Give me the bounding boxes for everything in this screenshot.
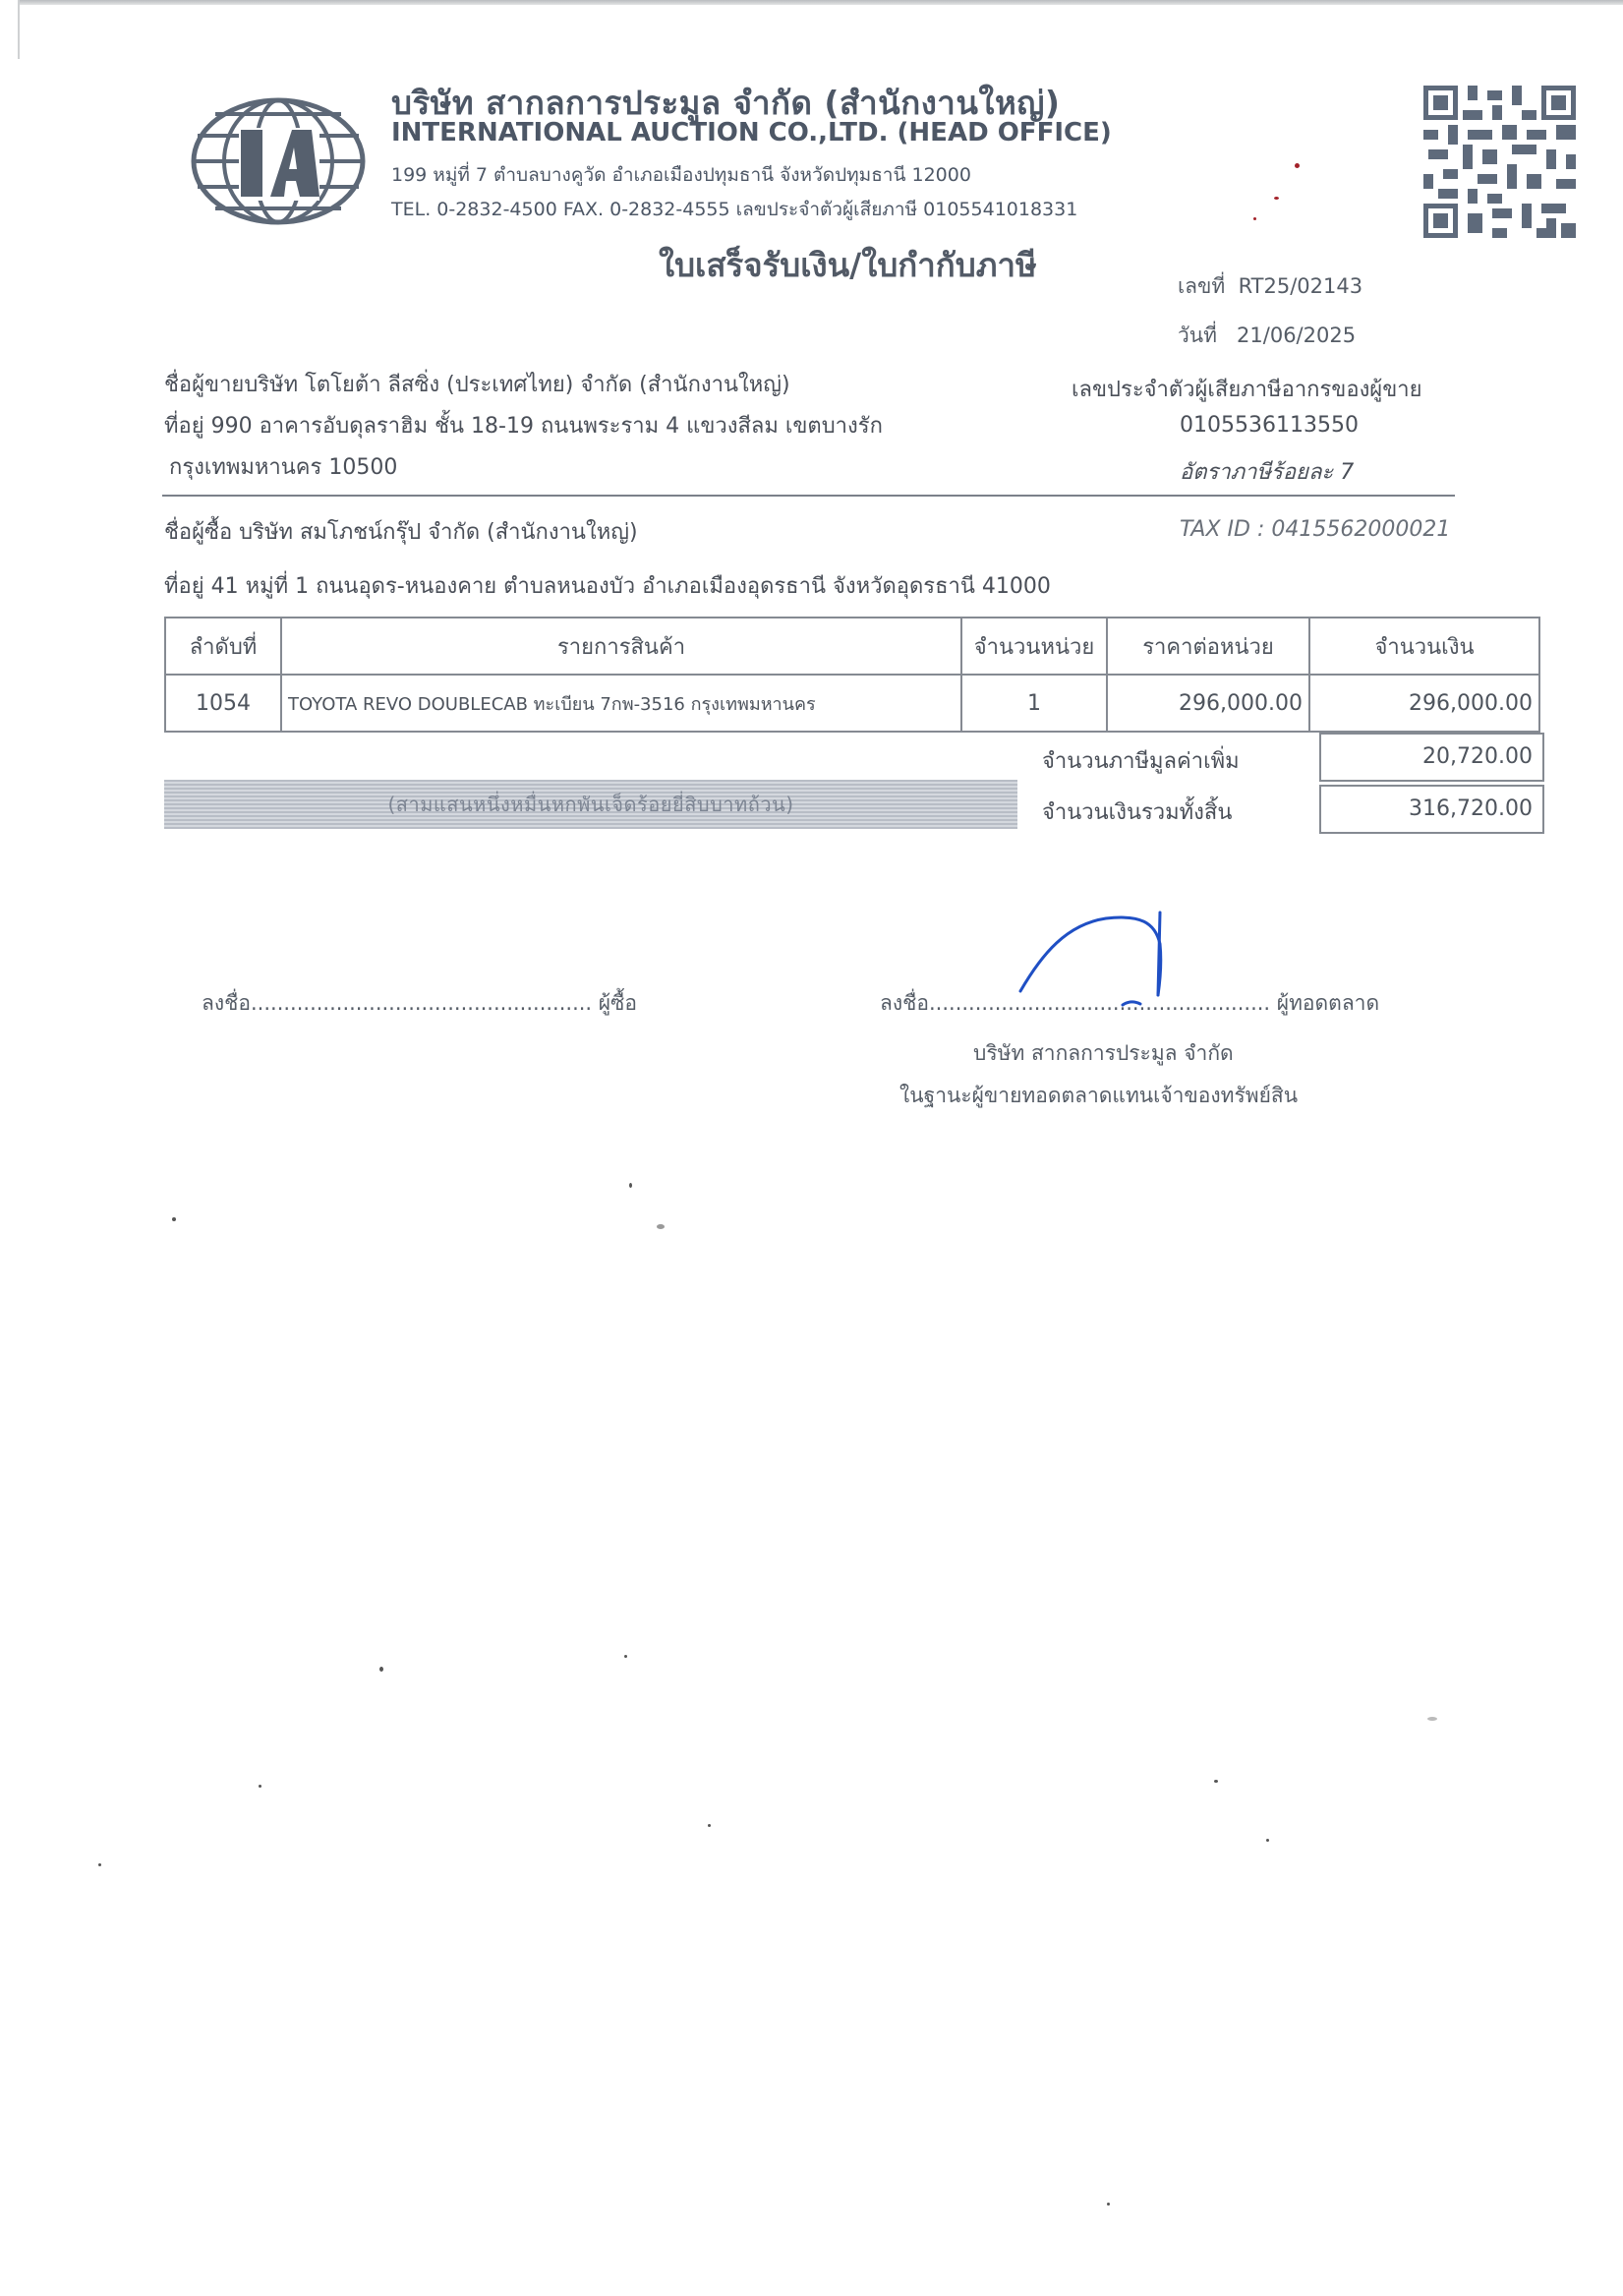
vat-amount: 20,720.00 [1319,733,1544,782]
document-title: ใบเสร็จรับเงิน/ใบกำกับภาษี [659,239,1037,291]
header-no: ลำดับที่ [165,618,281,675]
document-date: 21/06/2025 [1237,324,1356,347]
scan-dust [629,1183,632,1188]
scan-dust [379,1667,383,1672]
scan-dust [1266,1839,1269,1842]
document-date-row: วันที่ 21/06/2025 [1178,320,1356,352]
cell-no: 1054 [165,675,281,732]
scan-dust [624,1655,627,1658]
header-amount: จำนวนเงิน [1309,618,1539,675]
buyer-tax-id: TAX ID : 0415562000021 [1180,517,1450,542]
buyer-name: ชื่อผู้ซื้อ บริษัท สมโภชน์กรุ๊ป จำกัด (ส… [164,514,638,549]
handwritten-signature-icon [1013,905,1209,1013]
seller-address-line1: ที่อยู่ 990 อาคารอับดุลราฮิม ชั้น 18-19 … [164,408,883,442]
scan-dust [1427,1717,1437,1721]
items-table: ลำดับที่ รายการสินค้า จำนวนหน่วย ราคาต่อ… [164,617,1540,733]
company-contact: TEL. 0-2832-4500 FAX. 0-2832-4555 เลขประ… [391,195,1077,224]
seller-address-line2: กรุงเทพมหานคร 10500 [169,449,397,484]
scan-edge-top [20,0,1623,5]
buyer-signature-line: ลงชื่อ..................................… [202,987,637,1020]
auctioneer-role: ในฐานะผู้ขายทอดตลาดแทนเจ้าของทรัพย์สิน [899,1080,1298,1112]
seller-tax-id-label: เลขประจำตัวผู้เสียภาษีอากรของผู้ขาย [1072,372,1421,406]
scan-dust [259,1785,261,1788]
table-header-row: ลำดับที่ รายการสินค้า จำนวนหน่วย ราคาต่อ… [165,618,1539,675]
grand-total-amount: 316,720.00 [1319,785,1544,834]
scan-dust [708,1824,711,1827]
section-divider [162,495,1455,497]
scan-dust [172,1217,176,1221]
vat-label: จำนวนภาษีมูลค่าเพิ่ม [1042,743,1240,778]
scan-edge-left [18,0,20,59]
amount-in-words-band: (สามแสนหนึ่งหมื่นหกพันเจ็ดร้อยยี่สิบบาทถ… [164,780,1017,829]
cell-amount: 296,000.00 [1309,675,1539,732]
scan-dust [1214,1780,1218,1783]
scan-speck [1295,163,1300,168]
scan-speck [1253,217,1256,220]
cell-qty: 1 [961,675,1107,732]
auctioneer-company: บริษัท สากลการประมูล จำกัด [973,1037,1234,1070]
document-number-label: เลขที่ [1178,274,1225,298]
company-address: 199 หมู่ที่ 7 ตำบลบางคูวัด อำเภอเมืองปทุ… [391,160,971,190]
document-date-label: วันที่ [1178,324,1217,347]
scan-speck [1274,197,1279,200]
table-row: 1054 TOYOTA REVO DOUBLECAB ทะเบียน 7กพ-3… [165,675,1539,732]
seller-name: ชื่อผู้ขายบริษัท โตโยต้า ลีสซิ่ง (ประเทศ… [164,367,790,401]
seller-tax-id: 0105536113550 [1180,413,1359,438]
scan-dust [1107,2203,1110,2206]
cell-unit-price: 296,000.00 [1107,675,1309,732]
vat-rate: อัตราภาษีร้อยละ 7 [1180,454,1354,489]
scan-dust [657,1224,665,1229]
amount-in-words: (สามแสนหนึ่งหมื่นหกพันเจ็ดร้อยยี่สิบบาทถ… [387,789,793,820]
document-number: RT25/02143 [1239,274,1363,298]
header-unit-price: ราคาต่อหน่วย [1107,618,1309,675]
buyer-address: ที่อยู่ 41 หมู่ที่ 1 ถนนอุดร-หนองคาย ตำบ… [164,568,1051,603]
header-qty: จำนวนหน่วย [961,618,1107,675]
company-logo-globe-icon [190,96,367,226]
qr-code-icon [1419,81,1581,243]
document-number-row: เลขที่ RT25/02143 [1178,270,1362,303]
company-name-english: INTERNATIONAL AUCTION CO.,LTD. (HEAD OFF… [391,118,1112,147]
cell-description: TOYOTA REVO DOUBLECAB ทะเบียน 7กพ-3516 ก… [281,675,961,732]
grand-total-label: จำนวนเงินรวมทั้งสิ้น [1042,795,1232,829]
scan-dust [98,1863,101,1866]
header-description: รายการสินค้า [281,618,961,675]
